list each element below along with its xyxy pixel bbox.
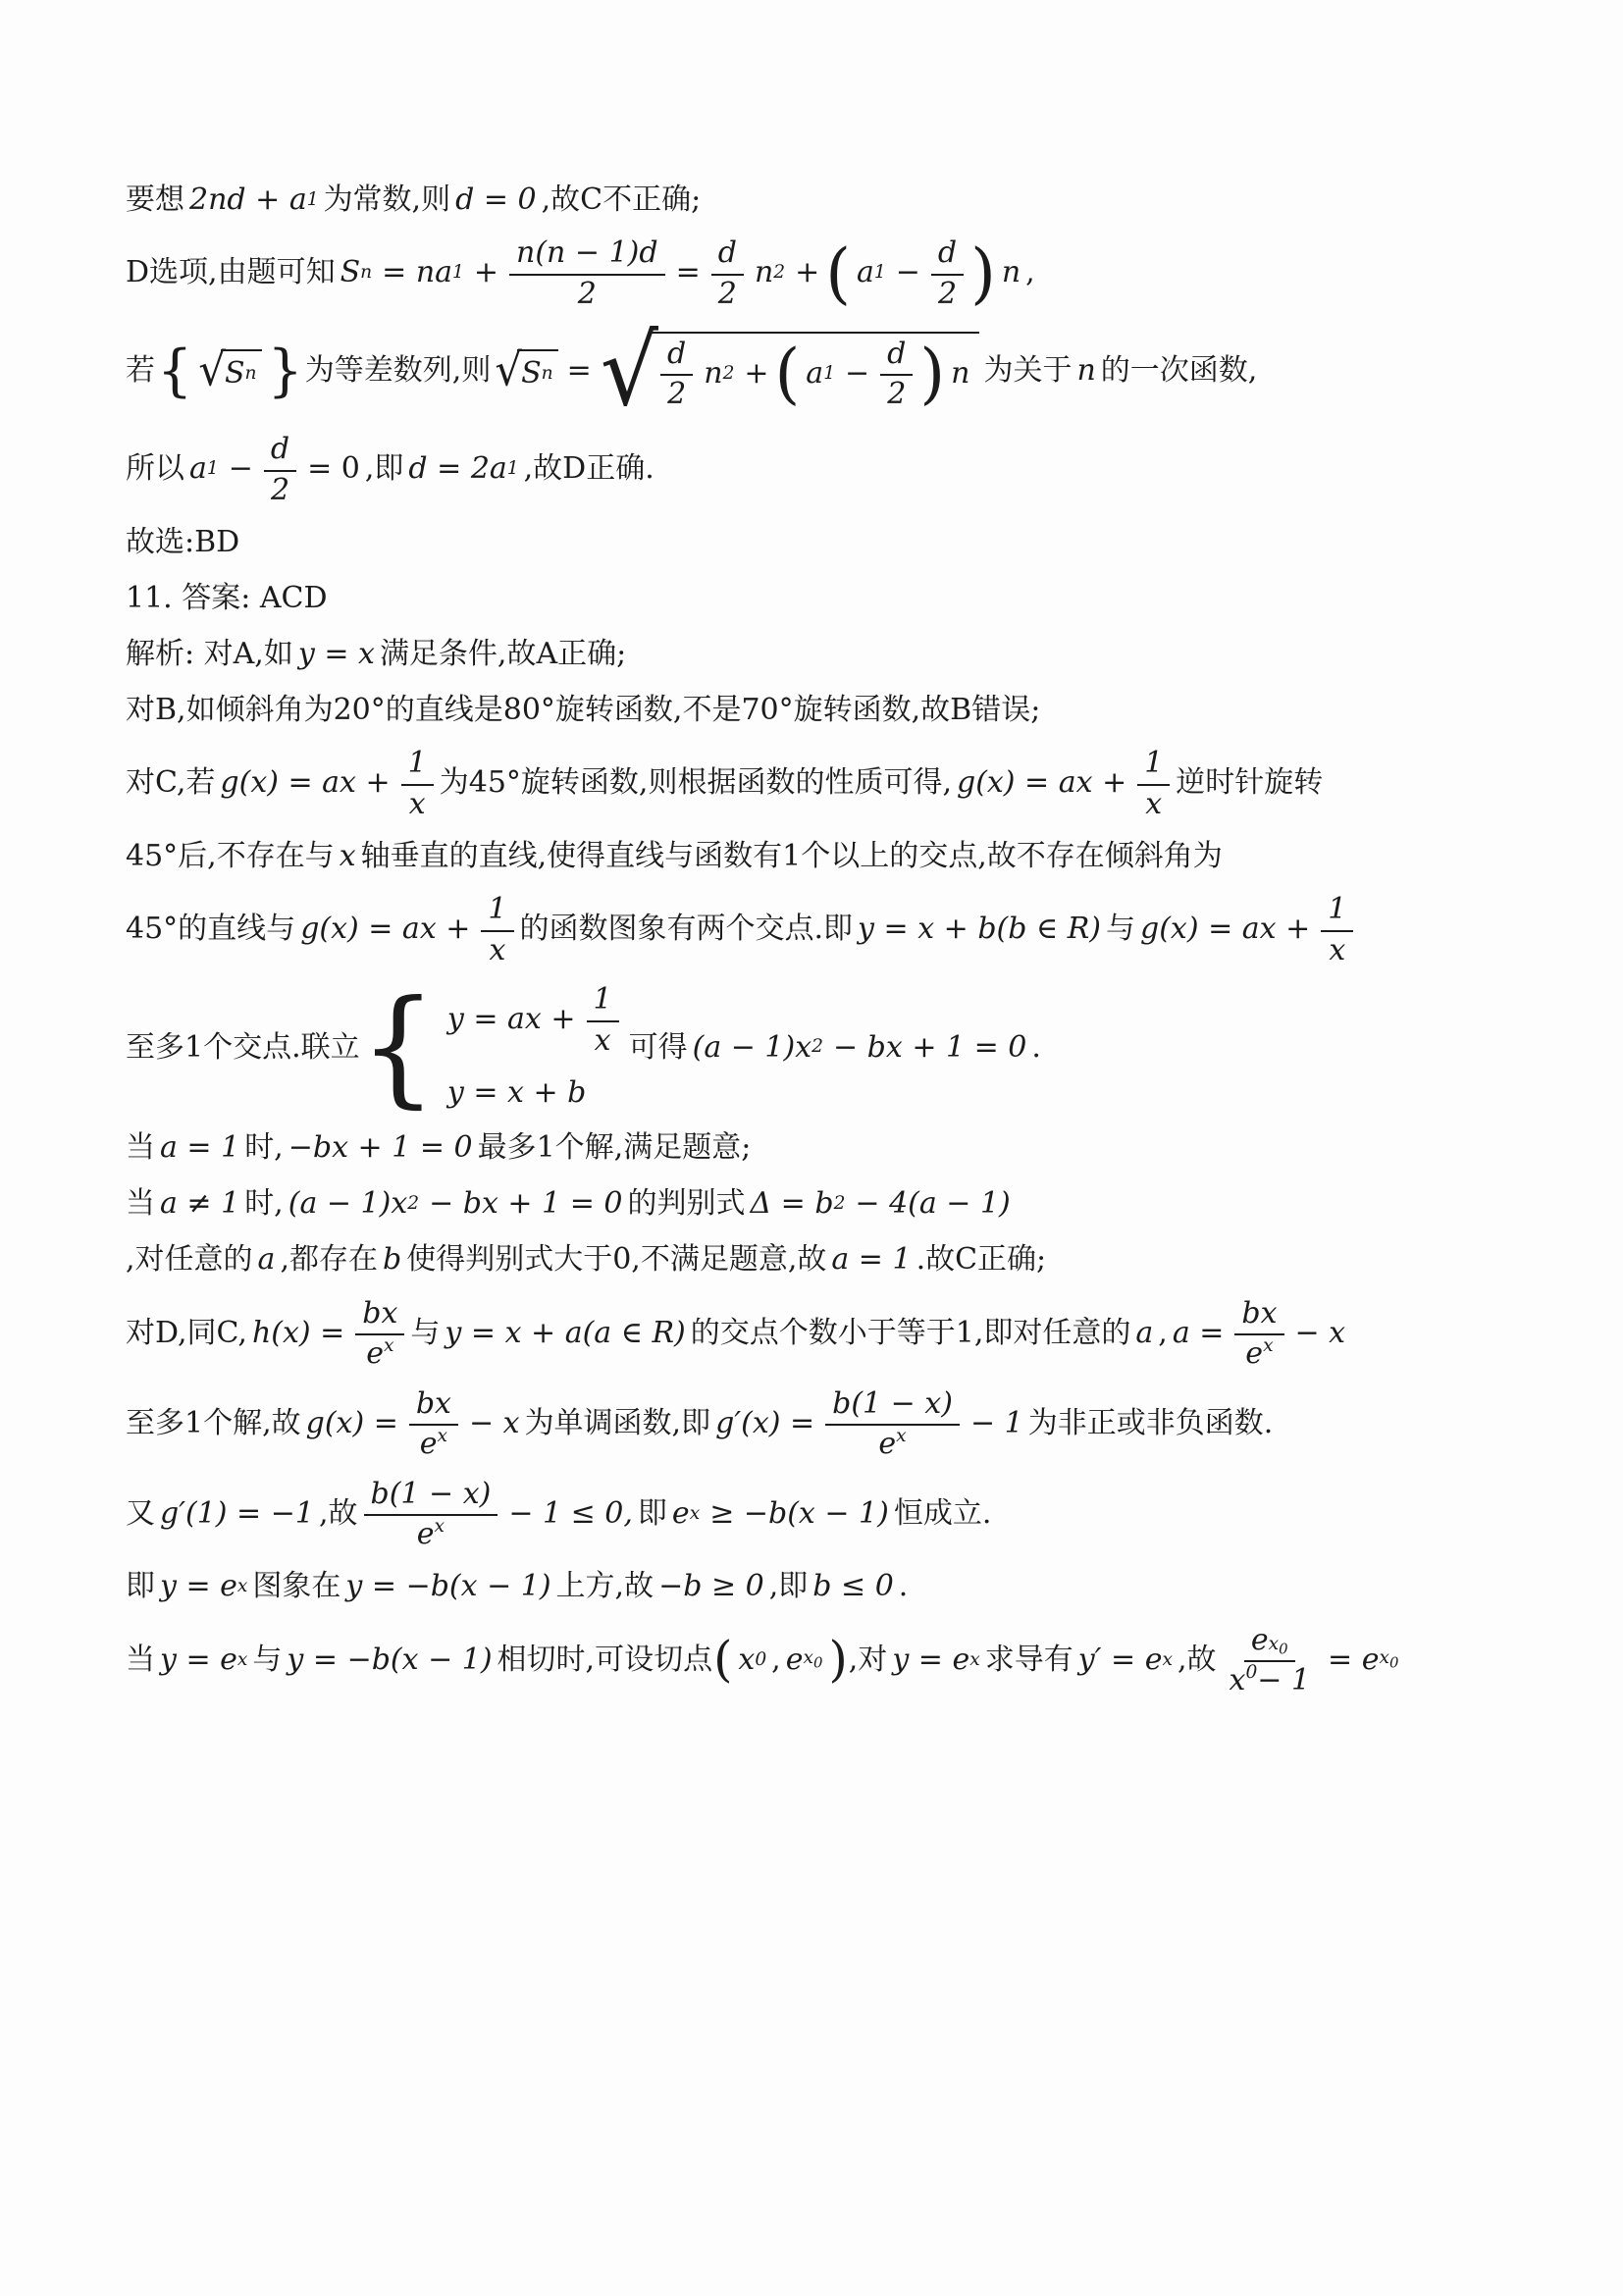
math-expr: d = 2a [408, 449, 506, 490]
text-run: ,故C不正确; [542, 181, 702, 221]
numerator: 1 [1144, 747, 1163, 781]
numerator: bx [362, 1297, 397, 1331]
text-run: 为关于 [983, 351, 1072, 391]
math-expr: b [383, 1240, 401, 1280]
math-run: g(x) = ax + [957, 763, 1126, 804]
math-run: g(x) = ax + [300, 910, 470, 950]
math-run: a = 1 [831, 1240, 911, 1280]
math-expr: n [1076, 351, 1095, 391]
numerator: bx [416, 1387, 451, 1422]
math-run: 2nd + a1 [189, 181, 319, 221]
denominator: x [489, 934, 505, 968]
math-expr: b ≤ 0 [812, 1567, 894, 1607]
text-run: 上方,故 [556, 1567, 654, 1607]
operator: = [676, 253, 701, 293]
operator: − [845, 354, 869, 394]
close-brace: } [268, 343, 303, 399]
math-expr: g(x) = ax + [1140, 910, 1310, 950]
math-expr: a ≠ 1 [160, 1184, 239, 1225]
denominator: e [417, 1518, 435, 1552]
text-run: 要想 [126, 181, 184, 221]
fraction: bx ex [355, 1296, 404, 1372]
math-expr: − x [469, 1404, 520, 1444]
math-expr: e [786, 1641, 804, 1681]
math-run: = na1 [382, 253, 464, 293]
text-run: D选项,由题可知 [126, 253, 336, 293]
math-expr: y = e [160, 1641, 237, 1681]
subscript: 0 [1279, 1641, 1287, 1658]
text-run: 45°的直线与 [126, 910, 295, 950]
math-expr: g(x) = ax + [957, 763, 1126, 804]
minus-sign: − [229, 449, 253, 490]
numerator: 1 [408, 747, 427, 781]
denominator: e [878, 1428, 896, 1462]
equals-sign: = [567, 351, 592, 391]
superscript: x [384, 1337, 394, 1356]
math-expr: = e [1328, 1641, 1379, 1681]
operator: − [229, 449, 253, 490]
denominator: 2 [938, 278, 957, 312]
math-expr: a [189, 449, 207, 490]
math-expr: −bx + 1 = 0 [288, 1128, 473, 1169]
math-expr: n [1002, 253, 1021, 293]
math-expr: y = e [892, 1641, 969, 1681]
text-run: 解析: 对A,如 [126, 635, 293, 675]
fraction: d 2 [931, 235, 964, 311]
minus-sign: − [845, 354, 869, 394]
line-19: 即 y = ex 图象在 y = −b(x − 1) 上方,故 −b ≥ 0 ,… [126, 1567, 1505, 1608]
text-run: . [899, 1567, 909, 1607]
fraction: 1 x [401, 746, 434, 821]
fraction: d 2 [711, 235, 744, 311]
superscript: x [690, 1505, 701, 1524]
text-run: ,故 [319, 1494, 358, 1535]
equals-sign: = [676, 253, 701, 293]
math-expr: y = x [298, 635, 375, 675]
math-run: y = x + b(b ∈ R) [858, 910, 1101, 950]
math-run: n2 [755, 253, 785, 293]
math-expr: a = [1173, 1314, 1225, 1354]
radical-sign: √ [495, 349, 522, 394]
math-expr: (a − 1)x [288, 1184, 408, 1225]
line-05: 故选:BD [126, 522, 1505, 563]
text-run: 若 [126, 351, 155, 391]
open-paren: ( [775, 340, 801, 406]
math-run: − 1 ≤ 0, [508, 1494, 633, 1535]
text-run: 最多1个解,满足题意; [478, 1128, 752, 1169]
text-run: 与 [1106, 910, 1135, 950]
superscript: x [237, 1651, 248, 1670]
line-20: 当 y = ex 与 y = −b(x − 1) 相切时,可设切点 ( x0 ,… [126, 1623, 1505, 1698]
line-07: 解析: 对A,如 y = x 满足条件,故A正确; [126, 634, 1505, 675]
text-run: 为单调函数,即 [525, 1404, 711, 1444]
math-expr: 2nd + a [189, 181, 307, 221]
math-expr: S [521, 354, 542, 394]
math-run: n2 [704, 354, 734, 394]
superscript: x0 [1269, 1636, 1288, 1657]
fraction: bx ex [1234, 1296, 1283, 1372]
math-expr: y = e [160, 1567, 237, 1607]
math-run: y′ = ex [1078, 1641, 1173, 1681]
math-expr: y = x + a(a ∈ R) [445, 1314, 685, 1354]
math-expr: a = 1 [160, 1128, 239, 1169]
denominator: x [409, 788, 426, 822]
text-run: ,即 [365, 449, 404, 490]
math-run: ≥ −b(x − 1) [709, 1494, 889, 1535]
denominator: − 1 [1257, 1664, 1310, 1698]
sqrt-expression: √ Sn [495, 349, 557, 394]
math-expr: y = x + b(b ∈ R) [858, 910, 1101, 950]
subscript: 1 [307, 191, 319, 210]
text-run: 满足条件,故A正确; [380, 635, 626, 675]
math-run: b ≤ 0 [812, 1567, 894, 1607]
text-run: ,都存在 [280, 1240, 378, 1280]
plus-sign: + [474, 253, 498, 293]
system-brace: { [360, 984, 437, 1111]
math-expr: − 1 [970, 1404, 1023, 1444]
math-run: − x [1295, 1314, 1346, 1354]
subscript: 0 [1389, 1654, 1398, 1672]
denominator: x [1145, 788, 1162, 822]
math-run: a1 [806, 354, 835, 394]
fraction: d 2 [660, 337, 693, 412]
text-run: .故C正确; [916, 1240, 1047, 1280]
operator: − [896, 253, 920, 293]
text-run: 的一次函数, [1101, 351, 1258, 391]
fraction: d 2 [880, 337, 913, 412]
math-expr: − 4(a − 1) [855, 1184, 1010, 1225]
close-paren: ) [828, 1636, 847, 1685]
text-run: 的函数图象有两个交点.即 [520, 910, 854, 950]
math-expr: S [340, 253, 361, 293]
math-expr: x [340, 837, 356, 877]
text-run: 当 [126, 1128, 155, 1169]
subscript: 0 [813, 1654, 822, 1672]
math-expr: y = −b(x − 1) [287, 1641, 492, 1681]
line-11: 45°的直线与 g(x) = ax + 1 x 的函数图象有两个交点.即 y =… [126, 892, 1505, 967]
math-run: a [1135, 1314, 1153, 1354]
math-expr: g(x) = ax + [220, 763, 390, 804]
math-expr: − x [1295, 1314, 1346, 1354]
text-run: 求导有 [985, 1641, 1073, 1681]
numerator: d [718, 236, 737, 271]
text-run: 至多1个交点.联立 [126, 1028, 360, 1069]
line-17: 至多1个解,故 g(x) = bx ex − x 为单调函数,即 g′(x) =… [126, 1386, 1505, 1462]
math-run: a = [1173, 1314, 1225, 1354]
denominator: 2 [667, 378, 686, 412]
text-run: 当 [126, 1184, 155, 1225]
text-run: 与 [252, 1641, 282, 1681]
line-18: 又 g′(1) = −1 ,故 b(1 − x) ex − 1 ≤ 0, 即 e… [126, 1477, 1505, 1552]
math-expr: x [738, 1641, 755, 1681]
operator: = [567, 351, 592, 391]
math-run: a = 1 [160, 1128, 239, 1169]
text-run: 恒成立. [894, 1494, 992, 1535]
math-expr: d = 0 [455, 181, 537, 221]
math-expr: S [225, 354, 245, 394]
subscript: 1 [207, 460, 219, 479]
text-run: 为非正或非负函数. [1028, 1404, 1274, 1444]
text-run: 图象在 [252, 1567, 340, 1607]
line-04: 所以 a1 − d 2 = 0 ,即 d = 2a1 ,故D正确. [126, 432, 1505, 507]
math-run: = ex0 [1328, 1641, 1398, 1681]
math-run: y = x + b [447, 1073, 587, 1114]
math-expr: n [951, 354, 969, 394]
superscript: 2 [407, 1195, 419, 1214]
math-run: − bx + 1 = 0 [429, 1184, 622, 1225]
text-run: ,故 [1178, 1641, 1217, 1681]
line-08: 对B,如倾斜角为20°的直线是80°旋转函数,不是70°旋转函数,故B错误; [126, 690, 1505, 731]
math-expr: g(x) = [306, 1404, 398, 1444]
fraction: d 2 [264, 432, 296, 507]
math-run: n [1002, 253, 1021, 293]
plus-sign: + [795, 253, 819, 293]
math-run: Sn [340, 253, 373, 293]
numerator: n(n − 1)d [516, 236, 658, 271]
math-expr: h(x) = [252, 1314, 344, 1354]
math-run: y = ex [892, 1641, 979, 1681]
numerator: bx [1241, 1297, 1277, 1331]
text-run: 对D,同C, [126, 1314, 247, 1354]
fraction: b(1 − x) ex [364, 1477, 498, 1552]
math-expr: e [672, 1494, 690, 1535]
text-run: , [1158, 1314, 1168, 1354]
line-09: 对C,若 g(x) = ax + 1 x 为45°旋转函数,则根据函数的性质可得… [126, 746, 1505, 821]
fraction: b(1 − x) ex [825, 1386, 960, 1462]
math-run: a [258, 1240, 276, 1280]
numerator: 1 [594, 983, 612, 1018]
superscript: 2 [723, 365, 735, 384]
text-run: 对B,如倾斜角为20°的直线是80°旋转函数,不是70°旋转函数,故B错误; [126, 691, 1040, 731]
superscript: x [237, 1578, 248, 1596]
superscript: x0 [1379, 1649, 1398, 1671]
math-run: y = −b(x − 1) [345, 1567, 550, 1607]
text-run: 使得判别式大于0,不满足题意,故 [406, 1240, 826, 1280]
denominator: e [366, 1337, 384, 1372]
system-row: y = x + b [443, 1073, 592, 1114]
line-01: 要想 2nd + a1 为常数,则 d = 0 ,故C不正确; [126, 180, 1505, 221]
subscript: 1 [874, 264, 886, 283]
text-run: 的交点个数小于等于1,即对任意的 [691, 1314, 1131, 1354]
math-expr: a [857, 253, 874, 293]
open-paren: ( [825, 240, 851, 306]
subscript: 0 [1245, 1664, 1257, 1683]
math-run: b [383, 1240, 401, 1280]
text-run: 相切时,可设切点 [497, 1641, 713, 1681]
subscript: 1 [452, 264, 464, 283]
math-expr: y = ax + [447, 1000, 576, 1040]
text-run: 时, [244, 1128, 284, 1169]
superscript: x [896, 1428, 907, 1446]
operator: + [744, 354, 768, 394]
math-expr: Δ = b [750, 1184, 833, 1225]
math-run: = 0 [307, 449, 360, 490]
fraction: 1 x [1137, 746, 1170, 821]
subscript: 0 [755, 1651, 766, 1670]
math-run: − bx + 1 = 0 [833, 1028, 1026, 1069]
numerator: 1 [488, 893, 506, 927]
math-expr: g′(1) = −1 [160, 1494, 314, 1535]
denominator: x [595, 1024, 611, 1059]
superscript: 2 [834, 1195, 846, 1214]
math-expr: a = 1 [831, 1240, 911, 1280]
text-run: 即 [638, 1494, 667, 1535]
math-run: x [340, 837, 356, 877]
math-expr: n [704, 354, 722, 394]
text-run: 的判别式 [627, 1184, 745, 1225]
line-12: 至多1个交点.联立 { y = ax + 1 x y = x + b 可得 (a… [126, 982, 1505, 1114]
subscript: n [360, 264, 372, 283]
math-run: g(x) = ax + [220, 763, 390, 804]
math-expr: y = x + b [447, 1073, 587, 1114]
math-expr: y′ = e [1078, 1641, 1163, 1681]
math-run: a ≠ 1 [160, 1184, 239, 1225]
open-paren: ( [713, 1636, 732, 1685]
fraction: bx ex [409, 1386, 458, 1462]
fraction: 1 x [587, 982, 619, 1058]
sqrt-expression: √ Sn [198, 349, 261, 394]
text-run: 为等差数列,则 [305, 351, 492, 391]
open-brace: { [157, 343, 192, 399]
math-expr: − bx + 1 = 0 [833, 1028, 1026, 1069]
operator: + [474, 253, 498, 293]
math-run: g′(1) = −1 [160, 1494, 314, 1535]
numerator: b(1 − x) [832, 1387, 953, 1422]
line-13: 当 a = 1 时, −bx + 1 = 0 最多1个解,满足题意; [126, 1128, 1505, 1170]
math-run: g(x) = [306, 1404, 398, 1444]
math-run: ex [672, 1494, 700, 1535]
radical-sign: √ [601, 323, 658, 420]
close-paren: ) [919, 340, 945, 406]
plus-sign: + [744, 354, 768, 394]
numerator: d [887, 338, 906, 372]
math-expr: ≥ −b(x − 1) [709, 1494, 889, 1535]
text-run: 为45°旋转函数,则根据函数的性质可得, [440, 763, 952, 804]
text-run: 所以 [126, 449, 184, 490]
math-run: y = ex [160, 1567, 247, 1607]
text-run: 当 [126, 1641, 155, 1681]
numerator: d [667, 338, 686, 372]
numerator: d [271, 433, 289, 467]
math-expr: = na [382, 253, 452, 293]
math-expr: −b ≥ 0 [658, 1567, 764, 1607]
sqrt-expression: √ d 2 n2 + ( a1 − d 2 ) n [601, 326, 980, 417]
text-run: 即 [126, 1567, 155, 1607]
math-run: h(x) = [252, 1314, 344, 1354]
denominator: 2 [718, 278, 737, 312]
math-run: g(x) = ax + [1140, 910, 1310, 950]
superscript: x [1263, 1337, 1274, 1356]
superscript: x [969, 1651, 980, 1670]
math-expr: x [1379, 1647, 1389, 1668]
text-run: ,对任意的 [126, 1240, 253, 1280]
math-run: − 1 [970, 1404, 1023, 1444]
denominator: 2 [271, 474, 289, 508]
math-expr: = 0 [307, 449, 360, 490]
math-expr: a [258, 1240, 276, 1280]
text-run: ,对 [849, 1641, 888, 1681]
line-03: 若 { √ Sn } 为等差数列,则 √ Sn = √ d 2 n2 + ( a… [126, 326, 1505, 417]
math-run: a1 [189, 449, 219, 490]
minus-sign: − [896, 253, 920, 293]
math-run: − 4(a − 1) [855, 1184, 1010, 1225]
fraction: n(n − 1)d 2 [509, 235, 665, 311]
numerator: e [1251, 1624, 1269, 1658]
math-run: y = ax + [447, 1000, 576, 1040]
math-run: a1 [857, 253, 886, 293]
line-10: 45°后,不存在与 x 轴垂直的直线,使得直线与函数有1个以上的交点,故不存在倾… [126, 836, 1505, 877]
math-run: Δ = b2 [750, 1184, 845, 1225]
text-run: 又 [126, 1494, 155, 1535]
text-run: 轴垂直的直线,使得直线与函数有1个以上的交点,故不存在倾斜角为 [361, 837, 1223, 877]
system-row: y = ax + 1 x [443, 982, 625, 1058]
line-16: 对D,同C, h(x) = bx ex 与 y = x + a(a ∈ R) 的… [126, 1296, 1505, 1372]
subscript: n [542, 365, 553, 384]
denominator: e [420, 1428, 438, 1462]
text-run: 与 [410, 1314, 440, 1354]
math-run: g′(x) = [715, 1404, 814, 1444]
text-run: . [1031, 1028, 1041, 1069]
answer-label: 11. 答案: ACD [126, 579, 328, 619]
fraction: 1 x [481, 892, 513, 967]
fraction: 1 x [1321, 892, 1353, 967]
text-run: ,即 [769, 1567, 809, 1607]
comma: , [771, 1641, 781, 1681]
math-run: −bx + 1 = 0 [288, 1128, 473, 1169]
line-15: ,对任意的 a ,都存在 b 使得判别式大于0,不满足题意,故 a = 1 .故… [126, 1240, 1505, 1281]
subscript: 1 [507, 460, 519, 479]
numerator: d [938, 236, 957, 271]
math-expr: − bx + 1 = 0 [429, 1184, 622, 1225]
math-run: y = x [298, 635, 375, 675]
text-run: 对C,若 [126, 763, 215, 804]
denominator: 2 [887, 378, 906, 412]
math-run: ex0 [786, 1641, 823, 1681]
denominator: e [1245, 1337, 1263, 1372]
math-expr: x [1269, 1634, 1280, 1654]
math-run: (a − 1)x2 [288, 1184, 419, 1225]
numerator: 1 [1328, 893, 1346, 927]
math-run: − x [469, 1404, 520, 1444]
subscript: 1 [823, 365, 835, 384]
math-run: n [951, 354, 969, 394]
math-expr: (a − 1)x [693, 1028, 812, 1069]
math-run: y = x + a(a ∈ R) [445, 1314, 685, 1354]
math-run: x0 [738, 1641, 766, 1681]
superscript: x0 [803, 1649, 822, 1671]
text-run: 45°后,不存在与 [126, 837, 335, 877]
close-paren: ) [970, 240, 996, 306]
superscript: x [438, 1428, 448, 1446]
superscript: x [1162, 1651, 1173, 1670]
math-expr: g(x) = ax + [300, 910, 470, 950]
document-page: 要想 2nd + a1 为常数,则 d = 0 ,故C不正确; D选项,由题可知… [0, 0, 1623, 2296]
denominator: x [1230, 1664, 1246, 1698]
math-expr: x [803, 1647, 813, 1668]
math-run: d = 2a1 [408, 449, 518, 490]
line-02: D选项,由题可知 Sn = na1 + n(n − 1)d 2 = d 2 n2… [126, 235, 1505, 311]
denominator: x [1329, 934, 1345, 968]
line-14: 当 a ≠ 1 时, (a − 1)x2 − bx + 1 = 0 的判别式 Δ… [126, 1184, 1505, 1226]
superscript: 2 [773, 264, 785, 283]
math-expr: a [1135, 1314, 1153, 1354]
text-run: 逆时针旋转 [1176, 763, 1323, 804]
math-expr: y = −b(x − 1) [345, 1567, 550, 1607]
numerator: b(1 − x) [371, 1478, 492, 1512]
text-run: ,故D正确. [524, 449, 654, 490]
math-expr: g′(x) = [715, 1404, 814, 1444]
denominator: 2 [578, 278, 597, 312]
